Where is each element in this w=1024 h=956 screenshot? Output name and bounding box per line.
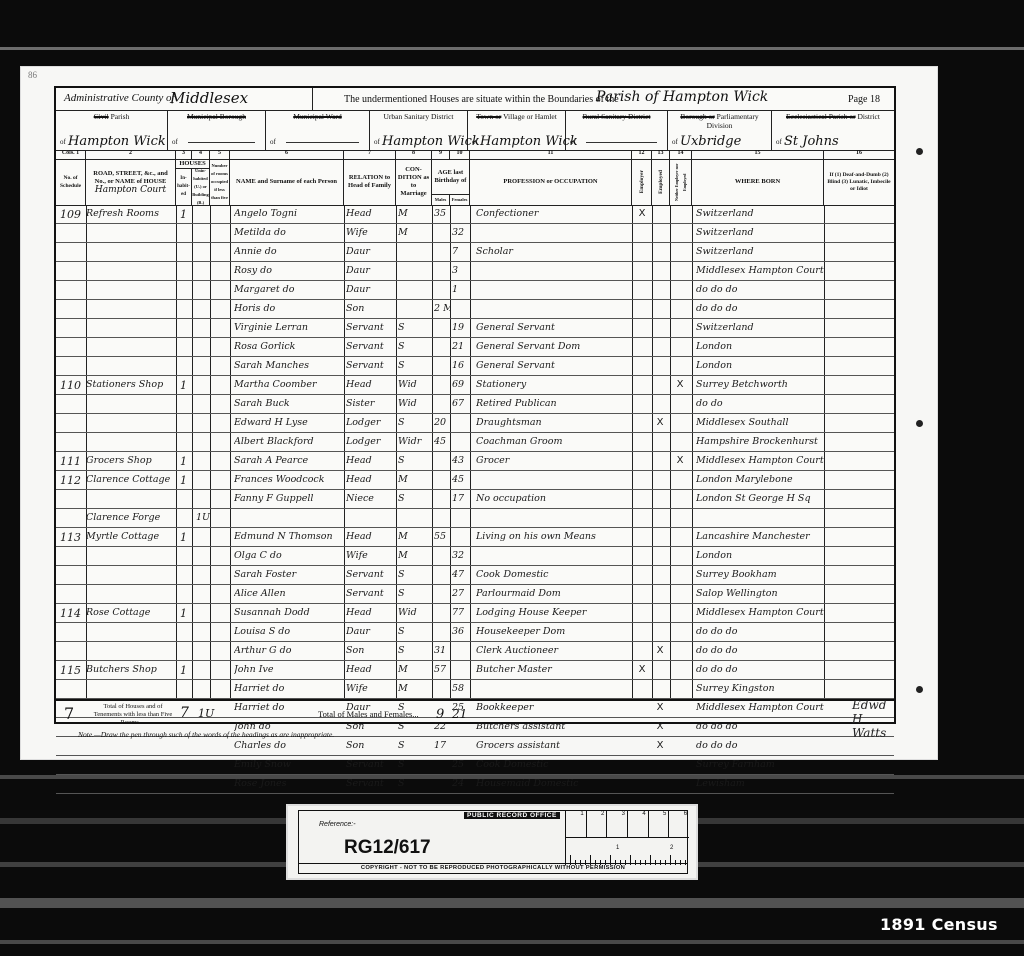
- females-total: 21: [452, 707, 467, 721]
- relation: Head: [346, 379, 394, 390]
- census-rows: 109Refresh Rooms1Angelo TogniHeadM35Conf…: [56, 205, 894, 699]
- table-row: Clarence Forge1U: [56, 509, 894, 528]
- col-num: 15: [692, 150, 824, 159]
- table-row: 112Clarence Cottage1Frances WoodcockHead…: [56, 471, 894, 490]
- table-row: 115Butchers Shop1John IveHeadM57Butcher …: [56, 661, 894, 680]
- blank-line: [188, 142, 255, 143]
- age-male: 17: [434, 740, 450, 751]
- condition: S: [398, 569, 434, 580]
- table-row: 114Rose Cottage1Susannah DoddHeadWid77Lo…: [56, 604, 894, 623]
- person-name: Emily Snow: [234, 759, 344, 770]
- relation: Daur: [346, 265, 394, 276]
- county-label: Administrative County of: [64, 92, 175, 104]
- table-row: Albert BlackfordLodgerWidr45Coachman Gro…: [56, 433, 894, 452]
- table-row: 113Myrtle Cottage1Edmund N ThomsonHeadM5…: [56, 528, 894, 547]
- table-row: Charles doSonS17Grocers assistantXdo do …: [56, 737, 894, 756]
- schedule-total: 7: [64, 704, 74, 723]
- house-name: Refresh Rooms: [86, 208, 174, 219]
- birthplace: do do do: [696, 645, 824, 656]
- scale-inch: 1 2: [566, 837, 689, 865]
- birthplace: do do do: [696, 626, 824, 637]
- of-label: of: [672, 138, 678, 146]
- birthplace: Switzerland: [696, 246, 824, 257]
- person-name: Louisa S do: [234, 626, 344, 637]
- schedule-number: 110: [60, 379, 86, 392]
- relation: Sister: [346, 398, 394, 409]
- age-female: 16: [452, 360, 468, 371]
- person-name: Albert Blackford: [234, 436, 344, 447]
- age-female: 32: [452, 550, 468, 561]
- occupation: No occupation: [476, 493, 636, 504]
- punch-hole: [916, 686, 923, 693]
- person-name: Angelo Togni: [234, 208, 344, 219]
- col-num: 5: [210, 150, 230, 159]
- of-label: of: [776, 138, 782, 146]
- schedule-number: 115: [60, 664, 86, 677]
- person-name: Harriet do: [234, 683, 344, 694]
- occupation: Draughtsman: [476, 417, 636, 428]
- of-label: of: [472, 138, 478, 146]
- age-male: 2 Mo: [434, 303, 450, 314]
- rooms-total: 1U: [198, 707, 214, 720]
- relation: Wife: [346, 683, 394, 694]
- relation: Head: [346, 607, 394, 618]
- neither-mark: X: [672, 455, 688, 466]
- occupation: Confectioner: [476, 208, 636, 219]
- district-value: St Johns: [784, 134, 839, 149]
- header-rooms: Number of rooms occupied if less than fi…: [210, 159, 230, 205]
- totals-row: 7 Total of Houses and of Tenements with …: [56, 699, 894, 726]
- district-value: Hampton Wick: [68, 134, 166, 149]
- header-infirmity: If (1) Deaf-and-Dumb (2) Blind (3) Lunat…: [824, 159, 894, 205]
- condition: M: [398, 683, 434, 694]
- scan-line: [0, 940, 1024, 944]
- condition: Wid: [398, 398, 434, 409]
- table-row: Olga C doWifeM32London: [56, 547, 894, 566]
- col-num: 7: [344, 150, 396, 159]
- age-male: 31: [434, 645, 450, 656]
- condition: M: [398, 550, 434, 561]
- occupation: Grocer: [476, 455, 636, 466]
- table-row: Emily SnowServantS25Cook DomesticSurrey …: [56, 756, 894, 775]
- table-row: Rosy doDaur3Middlesex Hampton Court: [56, 262, 894, 281]
- employed-mark: X: [652, 740, 668, 751]
- relation: Servant: [346, 322, 394, 333]
- table-row: 109Refresh Rooms1Angelo TogniHeadM35Conf…: [56, 205, 894, 224]
- county-box: Administrative County of Middlesex: [56, 88, 313, 110]
- person-name: Charles do: [234, 740, 344, 751]
- relation: Son: [346, 645, 394, 656]
- occupation: Lodging House Keeper: [476, 607, 636, 618]
- age-female: 1: [452, 284, 468, 295]
- condition: S: [398, 341, 434, 352]
- age-female: 24: [452, 778, 468, 789]
- col-num: 6: [230, 150, 344, 159]
- scale-mark: 3: [607, 811, 628, 837]
- employer-mark: X: [634, 208, 650, 219]
- of-label: of: [172, 138, 178, 146]
- age-female: 58: [452, 683, 468, 694]
- table-row: Sarah ManchesServantS16General ServantLo…: [56, 357, 894, 376]
- condition: S: [398, 588, 434, 599]
- males-total: 9: [436, 707, 444, 722]
- person-name: Edward H Lyse: [234, 417, 344, 428]
- occupation: Clerk Auctioneer: [476, 645, 636, 656]
- birthplace: London: [696, 341, 824, 352]
- table-row: 110Stationers Shop1Martha CoomberHeadWid…: [56, 376, 894, 395]
- header-relation: RELATION to Head of Family: [344, 159, 396, 205]
- relation: Niece: [346, 493, 394, 504]
- of-label: of: [60, 138, 66, 146]
- reference-code: RG12/617: [344, 837, 431, 859]
- measurement-scale: 1 2 3 4 5 6 1 2: [565, 811, 689, 865]
- of-label: of: [374, 138, 380, 146]
- relation: Servant: [346, 341, 394, 352]
- header-condition: CON-DITION as to Marriage: [396, 159, 432, 205]
- of-label: of: [570, 138, 576, 146]
- age-male: 57: [434, 664, 450, 675]
- person-name: Sarah Buck: [234, 398, 344, 409]
- persons-total-label: Total of Males and Females...: [318, 709, 419, 719]
- copyright-notice: COPYRIGHT - NOT TO BE REPRODUCED PHOTOGR…: [299, 863, 687, 873]
- house-name: Grocers Shop: [86, 455, 174, 466]
- birthplace: Switzerland: [696, 208, 824, 219]
- birthplace: London Marylebone: [696, 474, 824, 485]
- district-parliamentary: Borough or Parliamentary Division of Uxb…: [668, 110, 772, 150]
- district-label: Parliamentary Division: [707, 112, 759, 130]
- condition: M: [398, 208, 434, 219]
- occupation: Scholar: [476, 246, 636, 257]
- condition: M: [398, 531, 434, 542]
- district-row: Civil Parish of Hampton Wick Municipal B…: [56, 110, 894, 151]
- scan-line: [0, 898, 1024, 908]
- person-name: Susannah Dodd: [234, 607, 344, 618]
- relation: Wife: [346, 550, 394, 561]
- person-name: Margaret do: [234, 284, 344, 295]
- occupation: Cook Domestic: [476, 569, 636, 580]
- inhabited-mark: 1: [180, 664, 192, 677]
- condition: Wid: [398, 379, 434, 390]
- birthplace: Middlesex Hampton Court: [696, 265, 824, 276]
- occupation: Retired Publican: [476, 398, 636, 409]
- inhabited-mark: 1: [180, 531, 192, 544]
- district-municipal-ward: Municipal Ward of: [266, 110, 370, 150]
- header-employed-label: Employed: [657, 170, 665, 194]
- header-age: AGE last Birthday of: [432, 159, 470, 195]
- boundaries-value: Parish of Hampton Wick: [596, 89, 768, 105]
- occupation: General Servant Dom: [476, 341, 636, 352]
- table-row: Annie doDaur7ScholarSwitzerland: [56, 243, 894, 262]
- struck-label: Municipal Borough: [187, 112, 246, 121]
- relation: Servant: [346, 759, 394, 770]
- district-value: Hampton Wick: [382, 134, 480, 149]
- birthplace: Hampshire Brockenhurst: [696, 436, 824, 447]
- age-female: 77: [452, 607, 468, 618]
- punch-hole: [916, 148, 923, 155]
- house-name: Clarence Forge: [86, 512, 174, 523]
- birthplace: Surrey Betchworth: [696, 379, 824, 390]
- birthplace: London St George H Sq: [696, 493, 824, 504]
- relation: Wife: [346, 227, 394, 238]
- birthplace: Middlesex Hampton Court: [696, 607, 824, 618]
- age-male: 35: [434, 208, 450, 219]
- age-female: 67: [452, 398, 468, 409]
- scale-mark: 5: [649, 811, 670, 837]
- birthplace: Lewisham: [696, 778, 824, 789]
- person-name: Rosy do: [234, 265, 344, 276]
- condition: S: [398, 455, 434, 466]
- header-road: ROAD, STREET, &c., and No., or NAME of H…: [86, 159, 176, 205]
- birthplace: Switzerland: [696, 322, 824, 333]
- condition: S: [398, 322, 434, 333]
- header-uninhabited: Unin-habited (U.) or Building (B.): [192, 169, 210, 205]
- schedule-number: 109: [60, 208, 86, 221]
- relation: Head: [346, 208, 394, 219]
- birthplace: do do: [696, 398, 824, 409]
- condition: S: [398, 778, 434, 789]
- person-name: John Ive: [234, 664, 344, 675]
- header-males: Males: [432, 195, 450, 205]
- relation: Lodger: [346, 436, 394, 447]
- boundaries-text: The undermentioned Houses are situate wi…: [344, 94, 619, 105]
- relation: Daur: [346, 284, 394, 295]
- person-name: Metilda do: [234, 227, 344, 238]
- condition: Widr: [398, 436, 434, 447]
- houses-total-label: Total of Houses and of Tenements with le…: [90, 703, 176, 727]
- occupation: Cook Domestic: [476, 759, 636, 770]
- blank-line: [286, 142, 359, 143]
- occupation: Coachman Groom: [476, 436, 636, 447]
- age-female: 69: [452, 379, 468, 390]
- county-value: Middlesex: [170, 89, 248, 107]
- table-row: 111Grocers Shop1Sarah A PearceHeadS43Gro…: [56, 452, 894, 471]
- table-row: Louisa S doDaurS36Housekeeper Domdo do d…: [56, 623, 894, 642]
- page-number: Page 18: [848, 94, 880, 105]
- birthplace: do do do: [696, 284, 824, 295]
- scale-mark: 1: [616, 845, 619, 851]
- person-name: Rosa Gorlick: [234, 341, 344, 352]
- district-rural-sanitary: Rural Sanitary District of: [566, 110, 668, 150]
- birthplace: London: [696, 360, 824, 371]
- neither-mark: X: [672, 379, 688, 390]
- of-label: of: [270, 138, 276, 146]
- inhabited-mark: 1: [180, 379, 192, 392]
- inhabited-mark: 1: [180, 208, 192, 221]
- form-header: Administrative County of Middlesex The u…: [56, 88, 894, 111]
- header-born: WHERE BORN: [692, 159, 824, 205]
- header-schedule: No. of Schedule: [56, 159, 86, 205]
- col-num: 14: [670, 150, 692, 159]
- age-female: 7: [452, 246, 468, 257]
- header-females: Females: [450, 195, 470, 205]
- census-form: Administrative County of Middlesex The u…: [54, 86, 896, 724]
- header-inhabited: In-habit-ed: [176, 169, 192, 205]
- table-row: Horis doSon2 Modo do do: [56, 300, 894, 319]
- condition: S: [398, 493, 434, 504]
- col-num: 9: [432, 150, 450, 159]
- table-row: Rose JonesServantS24Housemaid DomesticLe…: [56, 775, 894, 794]
- birthplace: Lancashire Manchester: [696, 531, 824, 542]
- scale-mark: 2: [670, 845, 673, 851]
- age-female: 25: [452, 759, 468, 770]
- person-name: Martha Coomber: [234, 379, 344, 390]
- col-num: 12: [632, 150, 652, 159]
- occupation: Housekeeper Dom: [476, 626, 636, 637]
- relation: Head: [346, 664, 394, 675]
- district-label: Village or Hamlet: [503, 112, 557, 121]
- district-village: Town or Village or Hamlet of Hampton Wic…: [468, 110, 566, 150]
- condition: M: [398, 227, 434, 238]
- occupation: General Servant: [476, 360, 636, 371]
- header-employer-label: Employer: [638, 170, 646, 193]
- birthplace: Surrey Bookham: [696, 569, 824, 580]
- uninhabited-mark: 1U: [196, 512, 210, 523]
- col-num: 8: [396, 150, 432, 159]
- inhabited-mark: 1: [180, 474, 192, 487]
- district-value: Uxbridge: [680, 134, 741, 149]
- condition: S: [398, 626, 434, 637]
- col-num: 13: [652, 150, 670, 159]
- house-name: Butchers Shop: [86, 664, 174, 675]
- census-sheet: 86 Administrative County of Middlesex Th…: [20, 66, 938, 760]
- age-female: 27: [452, 588, 468, 599]
- col-num: 10: [450, 150, 470, 159]
- house-name: Stationers Shop: [86, 379, 174, 390]
- header-employer: Employer: [632, 159, 652, 205]
- header-road-value: Hampton Court: [95, 186, 166, 194]
- district-label: Urban Sanitary District: [370, 112, 467, 121]
- scan-line: [0, 47, 1024, 50]
- struck-label: Municipal Ward: [293, 112, 342, 121]
- relation: Son: [346, 740, 394, 751]
- birthplace: Switzerland: [696, 227, 824, 238]
- table-row: Virginie LerranServantS19General Servant…: [56, 319, 894, 338]
- col-num: 4: [192, 150, 210, 159]
- person-name: Frances Woodcock: [234, 474, 344, 485]
- person-name: Annie do: [234, 246, 344, 257]
- occupation: Grocers assistant: [476, 740, 636, 751]
- relation: Head: [346, 531, 394, 542]
- inhabited-mark: 1: [180, 455, 192, 468]
- scale-mark: 1: [566, 811, 587, 837]
- struck-label: Ecclesiastical Parish or: [786, 112, 856, 121]
- district-value: Hampton Wick: [480, 134, 578, 149]
- condition: S: [398, 360, 434, 371]
- header-road-label: ROAD, STREET, &c., and No., or NAME of H…: [87, 170, 174, 186]
- blank-line: [586, 142, 657, 143]
- age-female: 17: [452, 493, 468, 504]
- relation: Daur: [346, 246, 394, 257]
- district-label: District: [857, 112, 880, 121]
- table-row: Harriet doWifeM58Surrey Kingston: [56, 680, 894, 699]
- birthplace: do do do: [696, 303, 824, 314]
- table-row: Margaret doDaur1do do do: [56, 281, 894, 300]
- employed-mark: X: [652, 417, 668, 428]
- reference-label: PUBLIC RECORD OFFICE Reference:- RG12/61…: [286, 804, 698, 880]
- person-name: Olga C do: [234, 550, 344, 561]
- relation: Head: [346, 455, 394, 466]
- house-name: Myrtle Cottage: [86, 531, 174, 542]
- table-row: Metilda doWifeM32Switzerland: [56, 224, 894, 243]
- schedule-number: 113: [60, 531, 86, 544]
- relation: Head: [346, 474, 394, 485]
- condition: S: [398, 740, 434, 751]
- age-male: 45: [434, 436, 450, 447]
- corner-mark: 86: [28, 70, 37, 80]
- relation: Servant: [346, 569, 394, 580]
- col-num: 16: [824, 150, 894, 159]
- table-row: Sarah BuckSisterWid67Retired Publicando …: [56, 395, 894, 414]
- condition: M: [398, 474, 434, 485]
- office-title: PUBLIC RECORD OFFICE: [464, 812, 560, 819]
- birthplace: do do do: [696, 740, 824, 751]
- person-name: Sarah Foster: [234, 569, 344, 580]
- birthplace: Surrey Farnham: [696, 759, 824, 770]
- scale-cm: 1 2 3 4 5 6: [566, 811, 689, 838]
- header-houses: HOUSES: [176, 159, 210, 169]
- relation: Servant: [346, 588, 394, 599]
- district-ecclesiastical: Ecclesiastical Parish or District of St …: [772, 110, 894, 150]
- person-name: Virginie Lerran: [234, 322, 344, 333]
- table-row: Sarah FosterServantS47Cook DomesticSurre…: [56, 566, 894, 585]
- table-row: Fanny F GuppellNieceS17No occupationLond…: [56, 490, 894, 509]
- district-label: Parish: [111, 112, 130, 121]
- employed-mark: X: [652, 645, 668, 656]
- relation: Servant: [346, 778, 394, 789]
- struck-label: Borough or: [680, 112, 714, 121]
- schedule-number: 111: [60, 455, 86, 468]
- table-row: Arthur G doSonS31Clerk AuctioneerXdo do …: [56, 642, 894, 661]
- inhabited-total: 7: [180, 705, 189, 721]
- person-name: Rose Jones: [234, 778, 344, 789]
- scale-mark: 4: [628, 811, 649, 837]
- inhabited-mark: 1: [180, 607, 192, 620]
- col-num: 11: [470, 150, 632, 159]
- occupation: Butcher Master: [476, 664, 636, 675]
- birthplace: Middlesex Southall: [696, 417, 824, 428]
- house-name: Rose Cottage: [86, 607, 174, 618]
- occupation: General Servant: [476, 322, 636, 333]
- relation: Lodger: [346, 417, 394, 428]
- table-row: Edward H LyseLodgerS20DraughtsmanXMiddle…: [56, 414, 894, 433]
- birthplace: Middlesex Hampton Court: [696, 455, 824, 466]
- age-female: 47: [452, 569, 468, 580]
- header-neither: Neither Employer nor Employed: [670, 159, 692, 205]
- district-municipal-borough: Municipal Borough of: [168, 110, 266, 150]
- age-female: 21: [452, 341, 468, 352]
- occupation: Stationery: [476, 379, 636, 390]
- enumerator-signature: Edwd H Watts: [852, 698, 894, 740]
- schedule-number: 114: [60, 607, 86, 620]
- scale-mark: 6: [669, 811, 689, 837]
- condition: Wid: [398, 607, 434, 618]
- scale-mark: 2: [587, 811, 608, 837]
- birthplace: London: [696, 550, 824, 561]
- header-name: NAME and Surname of each Person: [230, 159, 344, 205]
- house-name: Clarence Cottage: [86, 474, 174, 485]
- occupation: Living on his own Means: [476, 531, 636, 542]
- birthplace: Salop Wellington: [696, 588, 824, 599]
- birthplace: do do do: [696, 664, 824, 675]
- age-female: 3: [452, 265, 468, 276]
- census-caption: 1891 Census: [880, 915, 998, 934]
- employer-mark: X: [634, 664, 650, 675]
- condition: M: [398, 664, 434, 675]
- table-row: Rosa GorlickServantS21General Servant Do…: [56, 338, 894, 357]
- struck-label: Civil: [94, 112, 109, 121]
- age-female: 32: [452, 227, 468, 238]
- relation: Daur: [346, 626, 394, 637]
